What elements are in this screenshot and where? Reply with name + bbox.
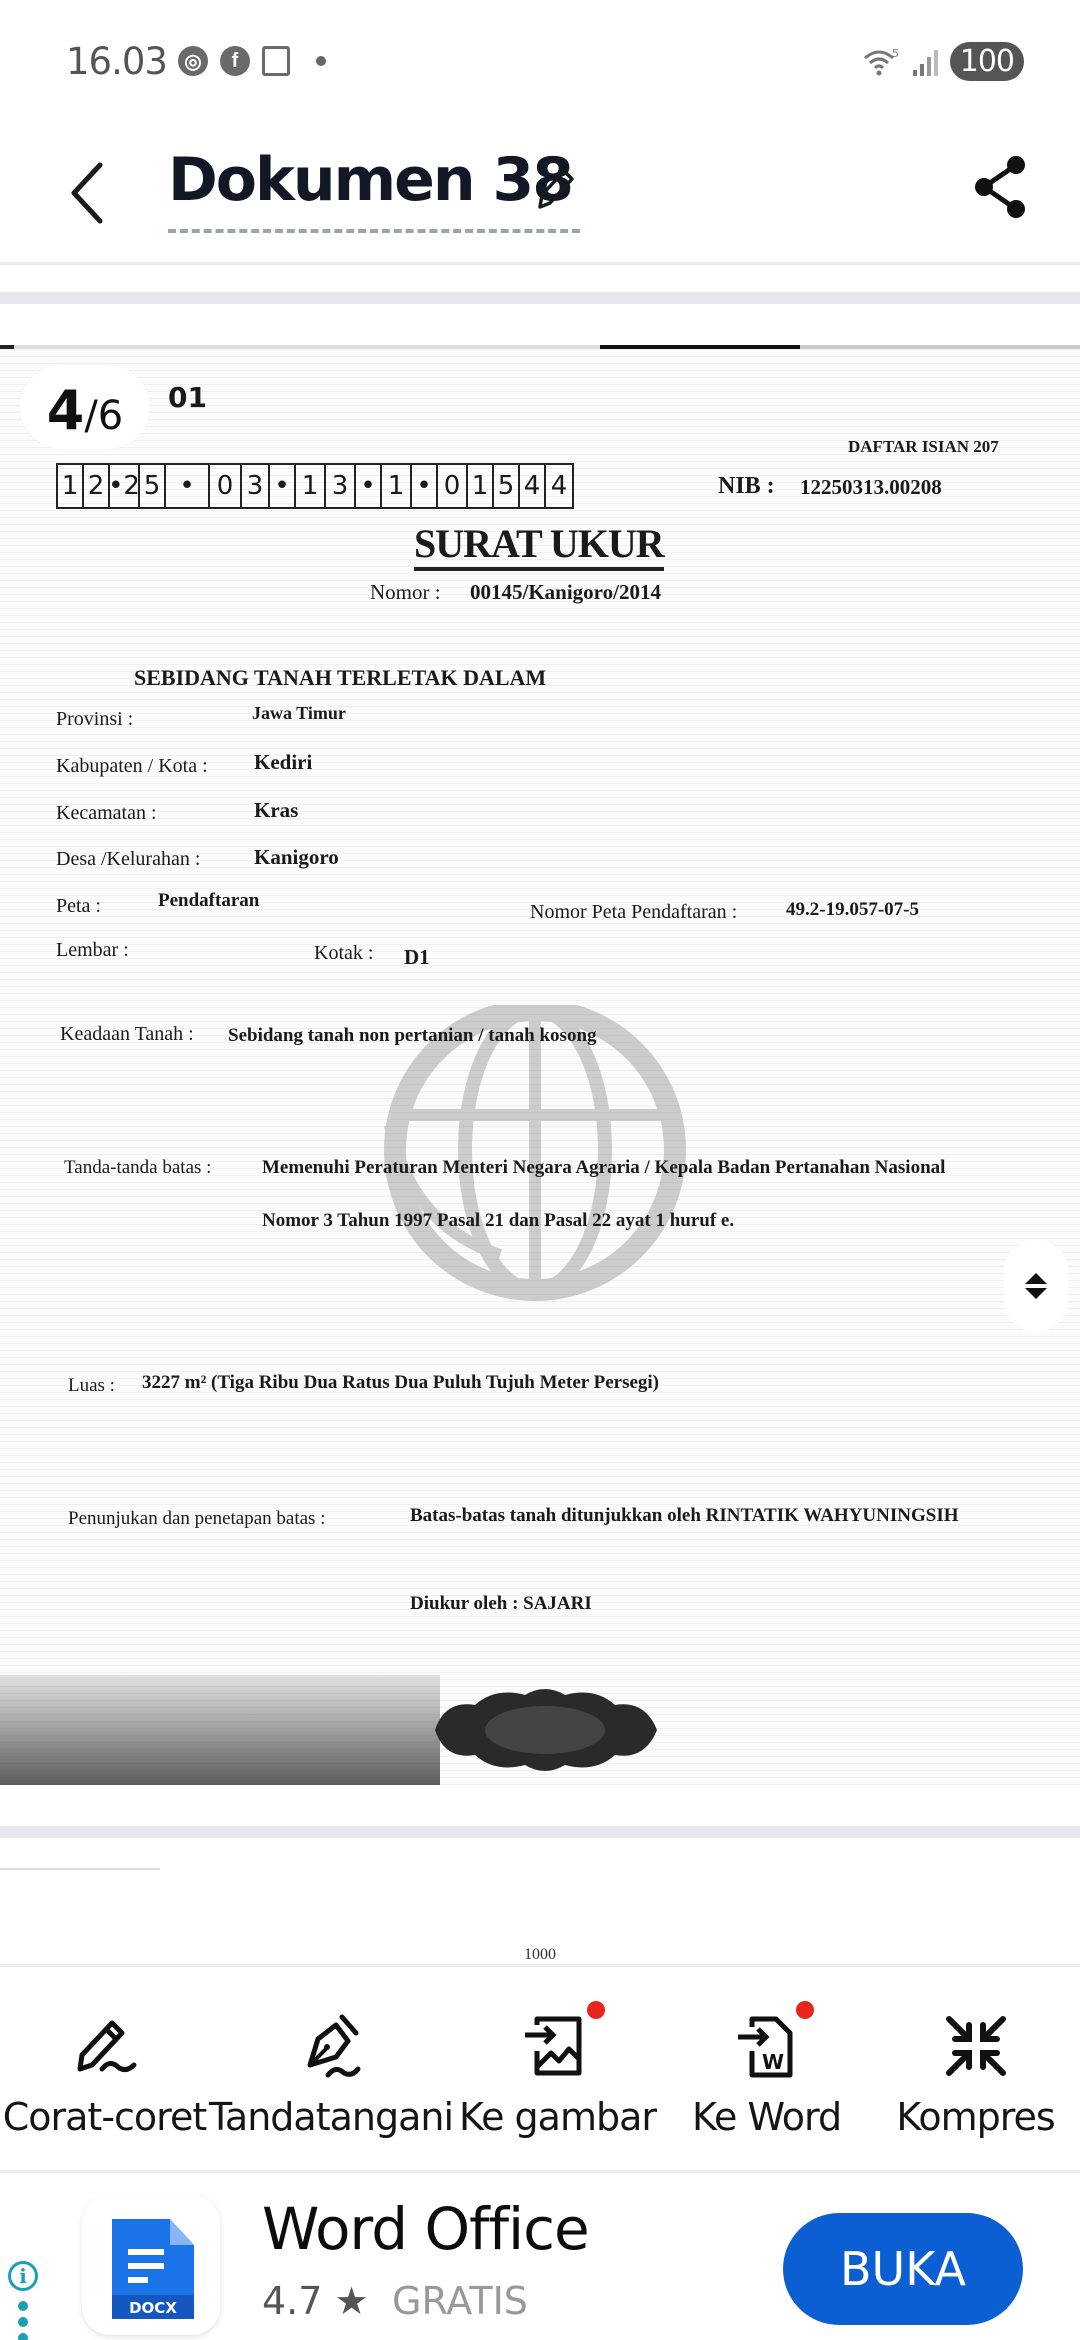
pencil-scribble-icon — [70, 2011, 140, 2081]
ad-price: GRATIS — [392, 2279, 528, 2323]
ad-open-button[interactable]: BUKA — [783, 2213, 1023, 2325]
tool-ke-word[interactable]: W Ke Word — [662, 1967, 871, 2169]
section-heading: SEBIDANG TANAH TERLETAK DALAM — [134, 665, 546, 691]
more-notifications-dot — [316, 56, 326, 66]
status-time: 16.03 — [66, 40, 167, 83]
status-bar: 16.03 ◎ f 5 100 — [0, 0, 1080, 125]
page-divider — [0, 292, 1080, 304]
code-digit: 0 — [210, 465, 242, 507]
app-header: Dokumen 38 — [0, 125, 1080, 265]
keadaan-label: Keadaan Tanah : — [60, 1023, 194, 1046]
nib-value: 12250313.00208 — [800, 475, 942, 500]
news-icon — [262, 46, 290, 76]
code-digit: 0 — [438, 465, 468, 507]
tool-label: Ke Word — [692, 2095, 841, 2139]
tool-label: Ke gambar — [459, 2095, 656, 2139]
back-button[interactable] — [62, 153, 112, 233]
next-page-fragment: 1000 — [524, 1946, 556, 1964]
keadaan-value: Sebidang tanah non pertanian / tanah kos… — [228, 1025, 597, 1047]
ad-more-options[interactable] — [18, 2301, 28, 2340]
lembar-label: Lembar : — [56, 939, 129, 962]
penunjukan-value: Batas-batas tanah ditunjukkan oleh RINTA… — [410, 1505, 959, 1527]
code-digit: 1 — [468, 465, 494, 507]
fast-scroll-handle[interactable] — [1004, 1240, 1068, 1332]
tool-kompres[interactable]: Kompres — [871, 1967, 1080, 2169]
code-digit: 3 — [242, 465, 270, 507]
kecamatan-value: Kras — [254, 798, 298, 823]
page-counter: 4 /6 — [20, 365, 150, 449]
notification-icons: ◎ f — [178, 46, 326, 76]
wifi-icon: 5 — [863, 46, 901, 78]
svg-text:DOCX: DOCX — [129, 2299, 177, 2317]
code-digit: •2 — [110, 465, 140, 507]
tanda-label: Tanda-tanda batas : — [64, 1157, 211, 1179]
code-digit: 3 — [326, 465, 356, 507]
battery-indicator: 100 — [950, 42, 1024, 81]
nomor-value: 00145/Kanigoro/2014 — [470, 580, 661, 605]
arrow-up-icon — [1025, 1273, 1047, 1284]
svg-text:W: W — [762, 2050, 784, 2074]
provinsi-value: Jawa Timur — [252, 703, 346, 724]
ad-app-name[interactable]: Word Office — [262, 2195, 589, 2263]
code-digit: 1 — [382, 465, 412, 507]
tool-label: Corat-coret — [3, 2095, 207, 2139]
tool-tandatangani[interactable]: Tandatangani — [209, 1967, 453, 2169]
penunjukan-label: Penunjukan dan penetapan batas : — [68, 1508, 325, 1530]
luas-label: Luas : — [68, 1375, 115, 1397]
ad-info-icon[interactable]: i — [8, 2261, 38, 2291]
docx-file-icon: DOCX — [82, 2195, 220, 2335]
code-digit: 1 — [58, 465, 84, 507]
ad-rating: 4.7 ★ — [262, 2279, 369, 2323]
compress-icon — [941, 2011, 1011, 2081]
rename-pencil-icon[interactable] — [532, 163, 576, 213]
facebook-icon: f — [220, 46, 250, 76]
system-indicators: 5 100 — [863, 42, 1024, 81]
code-digit: • — [412, 465, 438, 507]
tool-ke-gambar[interactable]: Ke gambar — [453, 1967, 662, 2169]
fountain-pen-icon — [296, 2011, 366, 2081]
new-badge-dot — [587, 2001, 605, 2019]
tanda-value-line1: Memenuhi Peraturan Menteri Negara Agrari… — [262, 1157, 945, 1179]
total-pages: /6 — [84, 393, 123, 439]
nomor-peta-value: 49.2-19.057-07-5 — [786, 899, 919, 921]
document-heading: SURAT UKUR — [414, 520, 664, 571]
code-digit: 5 — [140, 465, 166, 507]
share-button[interactable] — [970, 155, 1030, 219]
export-word-icon: W — [732, 2011, 802, 2081]
svg-text:5: 5 — [892, 47, 899, 60]
next-document-page[interactable]: 1000 — [0, 1838, 1080, 1964]
code-digit: 1 — [296, 465, 326, 507]
tool-label: Tandatangani — [209, 2095, 453, 2139]
kabupaten-label: Kabupaten / Kota : — [56, 755, 208, 778]
current-page: 4 — [47, 379, 85, 442]
code-digit: • — [166, 465, 210, 507]
desa-label: Desa /Kelurahan : — [56, 848, 200, 871]
document-title[interactable]: Dokumen 38 — [168, 145, 572, 215]
form-label: DAFTAR ISIAN 207 — [848, 437, 999, 457]
signal-icon — [913, 48, 938, 76]
kabupaten-value: Kediri — [254, 750, 312, 775]
code-digit: • — [270, 465, 296, 507]
scan-edge — [0, 1868, 160, 1870]
new-badge-dot — [796, 2001, 814, 2019]
code-digit: 2 — [84, 465, 110, 507]
parcel-code-boxes: 1 2 •2 5 • 0 3 • 1 3 • 1 • 0 1 5 4 4 — [56, 463, 574, 509]
peta-value: Pendaftaran — [158, 890, 259, 912]
diukur-value: Diukur oleh : SAJARI — [410, 1593, 592, 1615]
provinsi-label: Provinsi : — [56, 708, 133, 731]
luas-value: 3227 m² (Tiga Ribu Dua Ratus Dua Puluh T… — [142, 1372, 659, 1394]
tanda-value-line2: Nomor 3 Tahun 1997 Pasal 21 dan Pasal 22… — [262, 1210, 734, 1232]
page-divider — [0, 1826, 1080, 1838]
nib-label: NIB : — [718, 473, 775, 500]
tool-label: Kompres — [896, 2095, 1054, 2139]
tools-bar: Corat-coret Tandatangani Ke gambar W Ke — [0, 1964, 1080, 2169]
ad-banner[interactable]: i DOCX Word Office 4.7 ★ GRATIS BUKA — [0, 2170, 1080, 2340]
nomor-peta-label: Nomor Peta Pendaftaran : — [530, 901, 737, 924]
code-digit: 5 — [494, 465, 520, 507]
scan-edge — [0, 345, 1080, 349]
title-dashed-underline — [168, 229, 580, 233]
kotak-label: Kotak : — [314, 942, 373, 965]
tool-corat-coret[interactable]: Corat-coret — [0, 1967, 209, 2169]
document-page[interactable]: 01 1 2 •2 5 • 0 3 • 1 3 • 1 • 0 1 5 4 4 … — [0, 345, 1080, 1785]
code-digit: • — [356, 465, 382, 507]
nomor-label: Nomor : — [370, 580, 441, 605]
bpn-watermark-logo — [370, 1005, 690, 1305]
arrow-down-icon — [1025, 1288, 1047, 1299]
peta-label: Peta : — [56, 895, 101, 918]
form-code: 01 — [168, 381, 207, 414]
code-digit: 4 — [520, 465, 546, 507]
kecamatan-label: Kecamatan : — [56, 802, 157, 825]
kotak-value: D1 — [404, 945, 430, 970]
official-seal — [425, 1685, 665, 1775]
export-image-icon — [523, 2011, 593, 2081]
desa-value: Kanigoro — [254, 845, 339, 870]
app-icon[interactable]: DOCX — [82, 2195, 220, 2335]
code-digit: 4 — [546, 465, 572, 507]
chrome-icon: ◎ — [178, 46, 208, 76]
scan-shadow — [0, 1675, 440, 1785]
